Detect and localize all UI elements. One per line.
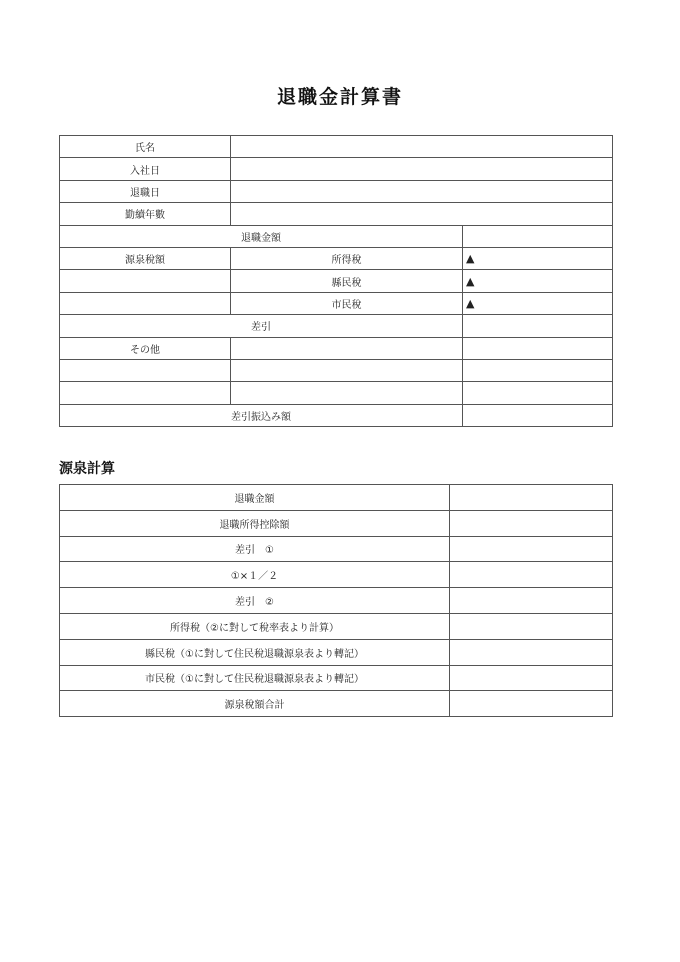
calc-value-cell[interactable]	[450, 665, 613, 691]
summary-table: 氏名 入社日 退職日 勤續年數 退職金額 源泉稅額 所得稅 ▲ 縣民稅 ▲ 市民…	[59, 135, 613, 427]
triangle-deduction-icon: ▲	[466, 297, 474, 310]
calc-value-cell[interactable]	[450, 691, 613, 717]
table-row: 源泉稅額合計	[60, 691, 613, 717]
years-label: 勤續年數	[60, 203, 231, 225]
calc-label: 所得稅（②に對して稅率表より計算）	[60, 613, 450, 639]
name-label: 氏名	[60, 136, 231, 158]
transfer-amount-label: 差引振込み額	[60, 404, 463, 426]
table-row: 縣民稅 ▲	[60, 270, 613, 292]
calc-label: 源泉稅額合計	[60, 691, 450, 717]
table-row	[60, 382, 613, 404]
other-item-cell[interactable]	[231, 382, 463, 404]
calc-value-cell[interactable]	[450, 588, 613, 614]
difference-label: 差引	[60, 315, 463, 337]
table-row: ①×１／２	[60, 562, 613, 588]
table-row: 差引 ①	[60, 536, 613, 562]
empty-cell	[60, 270, 231, 292]
transfer-amount-value-cell[interactable]	[463, 404, 613, 426]
empty-cell[interactable]	[60, 382, 231, 404]
table-row: 入社日	[60, 158, 613, 180]
calc-label: ①×１／２	[60, 562, 450, 588]
income-tax-label: 所得稅	[231, 247, 463, 269]
calc-label: 市民稅（①に對して住民稅退職源泉表より轉記）	[60, 665, 450, 691]
table-row: 差引	[60, 315, 613, 337]
section-heading: 源泉計算	[59, 458, 115, 478]
municipal-tax-label: 市民稅	[231, 292, 463, 314]
other-item-cell[interactable]	[231, 337, 463, 359]
table-row: 退職所得控除額	[60, 510, 613, 536]
table-row: 退職金額	[60, 485, 613, 511]
difference-value-cell[interactable]	[463, 315, 613, 337]
income-tax-value-cell[interactable]: ▲	[463, 247, 613, 269]
calc-label: 縣民稅（①に對して住民稅退職源泉表より轉記）	[60, 639, 450, 665]
table-row: 退職日	[60, 180, 613, 202]
other-value-cell[interactable]	[463, 359, 613, 381]
empty-cell[interactable]	[60, 359, 231, 381]
triangle-deduction-icon: ▲	[466, 252, 474, 265]
calc-label: 差引 ①	[60, 536, 450, 562]
hire-date-label: 入社日	[60, 158, 231, 180]
calc-value-cell[interactable]	[450, 613, 613, 639]
withholding-calc-table: 退職金額 退職所得控除額 差引 ① ①×１／２ 差引 ② 所得稅（②に對して稅率…	[59, 484, 613, 717]
table-row: 氏名	[60, 136, 613, 158]
retire-date-label: 退職日	[60, 180, 231, 202]
retirement-amount-label: 退職金額	[60, 225, 463, 247]
years-value-cell[interactable]	[231, 203, 613, 225]
table-row: その他	[60, 337, 613, 359]
table-row: 市民稅 ▲	[60, 292, 613, 314]
calc-label: 退職所得控除額	[60, 510, 450, 536]
document-title: 退職金計算書	[0, 82, 680, 109]
other-label: その他	[60, 337, 231, 359]
calc-value-cell[interactable]	[450, 536, 613, 562]
other-item-cell[interactable]	[231, 359, 463, 381]
prefectural-tax-value-cell[interactable]: ▲	[463, 270, 613, 292]
calc-label: 差引 ②	[60, 588, 450, 614]
hire-date-value-cell[interactable]	[231, 158, 613, 180]
retire-date-value-cell[interactable]	[231, 180, 613, 202]
table-row: 市民稅（①に對して住民稅退職源泉表より轉記）	[60, 665, 613, 691]
withholding-label: 源泉稅額	[60, 247, 231, 269]
table-row: 源泉稅額 所得稅 ▲	[60, 247, 613, 269]
municipal-tax-value-cell[interactable]: ▲	[463, 292, 613, 314]
empty-cell	[60, 292, 231, 314]
name-value-cell[interactable]	[231, 136, 613, 158]
calc-label: 退職金額	[60, 485, 450, 511]
retirement-amount-value-cell[interactable]	[463, 225, 613, 247]
table-row: 差引振込み額	[60, 404, 613, 426]
table-row: 差引 ②	[60, 588, 613, 614]
calc-value-cell[interactable]	[450, 562, 613, 588]
calc-value-cell[interactable]	[450, 639, 613, 665]
table-row: 所得稅（②に對して稅率表より計算）	[60, 613, 613, 639]
other-value-cell[interactable]	[463, 337, 613, 359]
table-row: 退職金額	[60, 225, 613, 247]
calc-value-cell[interactable]	[450, 510, 613, 536]
table-row	[60, 359, 613, 381]
other-value-cell[interactable]	[463, 382, 613, 404]
table-row: 縣民稅（①に對して住民稅退職源泉表より轉記）	[60, 639, 613, 665]
triangle-deduction-icon: ▲	[466, 275, 474, 288]
prefectural-tax-label: 縣民稅	[231, 270, 463, 292]
table-row: 勤續年數	[60, 203, 613, 225]
calc-value-cell[interactable]	[450, 485, 613, 511]
